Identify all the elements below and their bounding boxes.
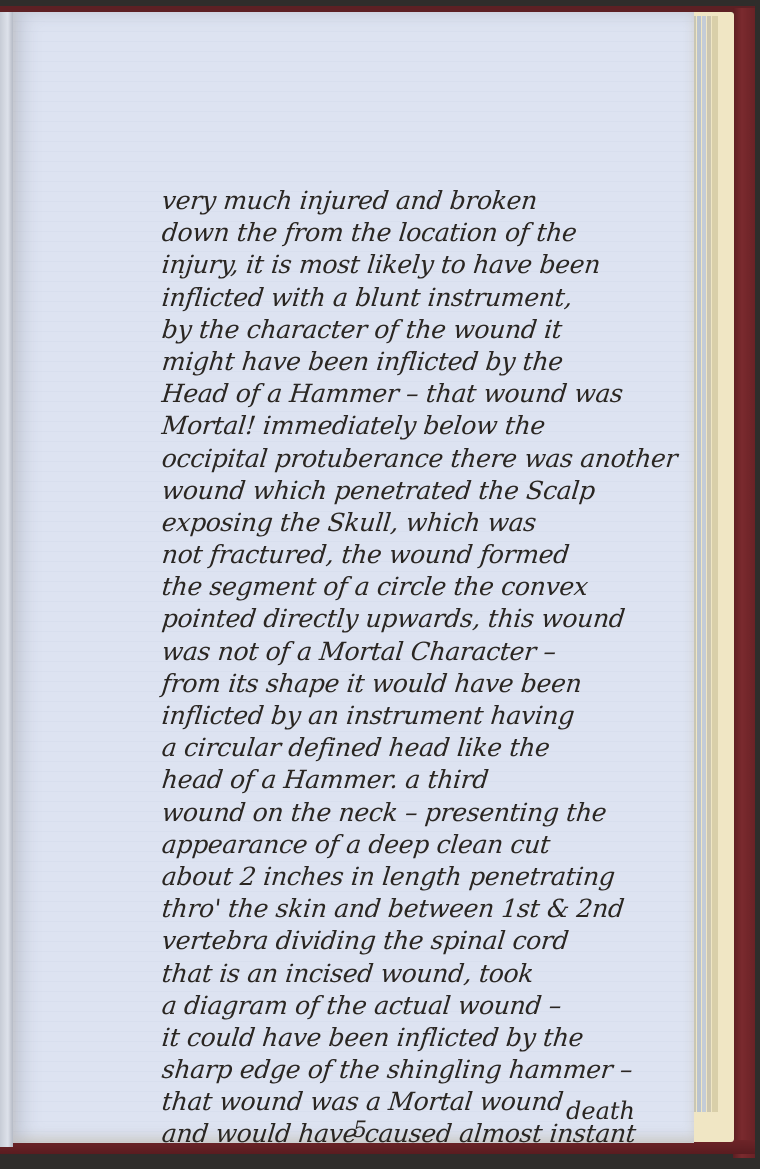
text-line: Head of a Hammer – that wound was [160, 378, 703, 410]
page-edge-strip [707, 16, 711, 1112]
scanned-page: very much injured and broken down the fr… [0, 0, 760, 1169]
text-line: a diagram of the actual wound – [160, 990, 703, 1022]
text-line: head of a Hammer. a third [160, 764, 703, 796]
text-line: wound which penetrated the Scalp [160, 475, 703, 507]
text-line: vertebra dividing the spinal cord [160, 925, 703, 957]
text-line: a circular defined head like the [160, 732, 703, 764]
page-gutter [0, 12, 13, 1147]
text-line: Mortal! immediately below the [160, 410, 703, 442]
page-number: 5 [353, 1118, 367, 1143]
handwritten-text-block: very much injured and broken down the fr… [162, 185, 702, 1151]
text-line: from its shape it would have been [160, 668, 703, 700]
text-line: inflicted by an instrument having [160, 700, 703, 732]
text-line: thro' the skin and between 1st & 2nd [160, 893, 703, 925]
closing-word: death [566, 1097, 635, 1125]
text-line: it could have been inflicted by the [160, 1022, 703, 1054]
text-line: might have been inflicted by the [160, 346, 703, 378]
text-line: about 2 inches in length penetrating [160, 861, 703, 893]
text-line: exposing the Skull, which was [160, 507, 703, 539]
text-line: that is an incised wound, took [160, 958, 703, 990]
text-line: pointed directly upwards, this wound [160, 603, 703, 635]
page-edge-strip [712, 16, 718, 1112]
binding-cloth-right [733, 8, 755, 1158]
text-line: occipital protuberance there was another [160, 443, 703, 475]
text-line: down the from the location of the [160, 217, 703, 249]
page-edge-strip [702, 16, 706, 1112]
text-line: very much injured and broken [160, 185, 703, 217]
text-line: appearance of a deep clean cut [160, 829, 703, 861]
text-line: the segment of a circle the convex [160, 571, 703, 603]
text-line: injury, it is most likely to have been [160, 249, 703, 281]
text-line: wound on the neck – presenting the [160, 797, 703, 829]
text-line: sharp edge of the shingling hammer – [160, 1054, 703, 1086]
text-line: not fractured, the wound formed [160, 539, 703, 571]
text-line: by the character of the wound it [160, 314, 703, 346]
text-line: inflicted with a blunt instrument, [160, 282, 703, 314]
text-line: was not of a Mortal Character – [160, 636, 703, 668]
